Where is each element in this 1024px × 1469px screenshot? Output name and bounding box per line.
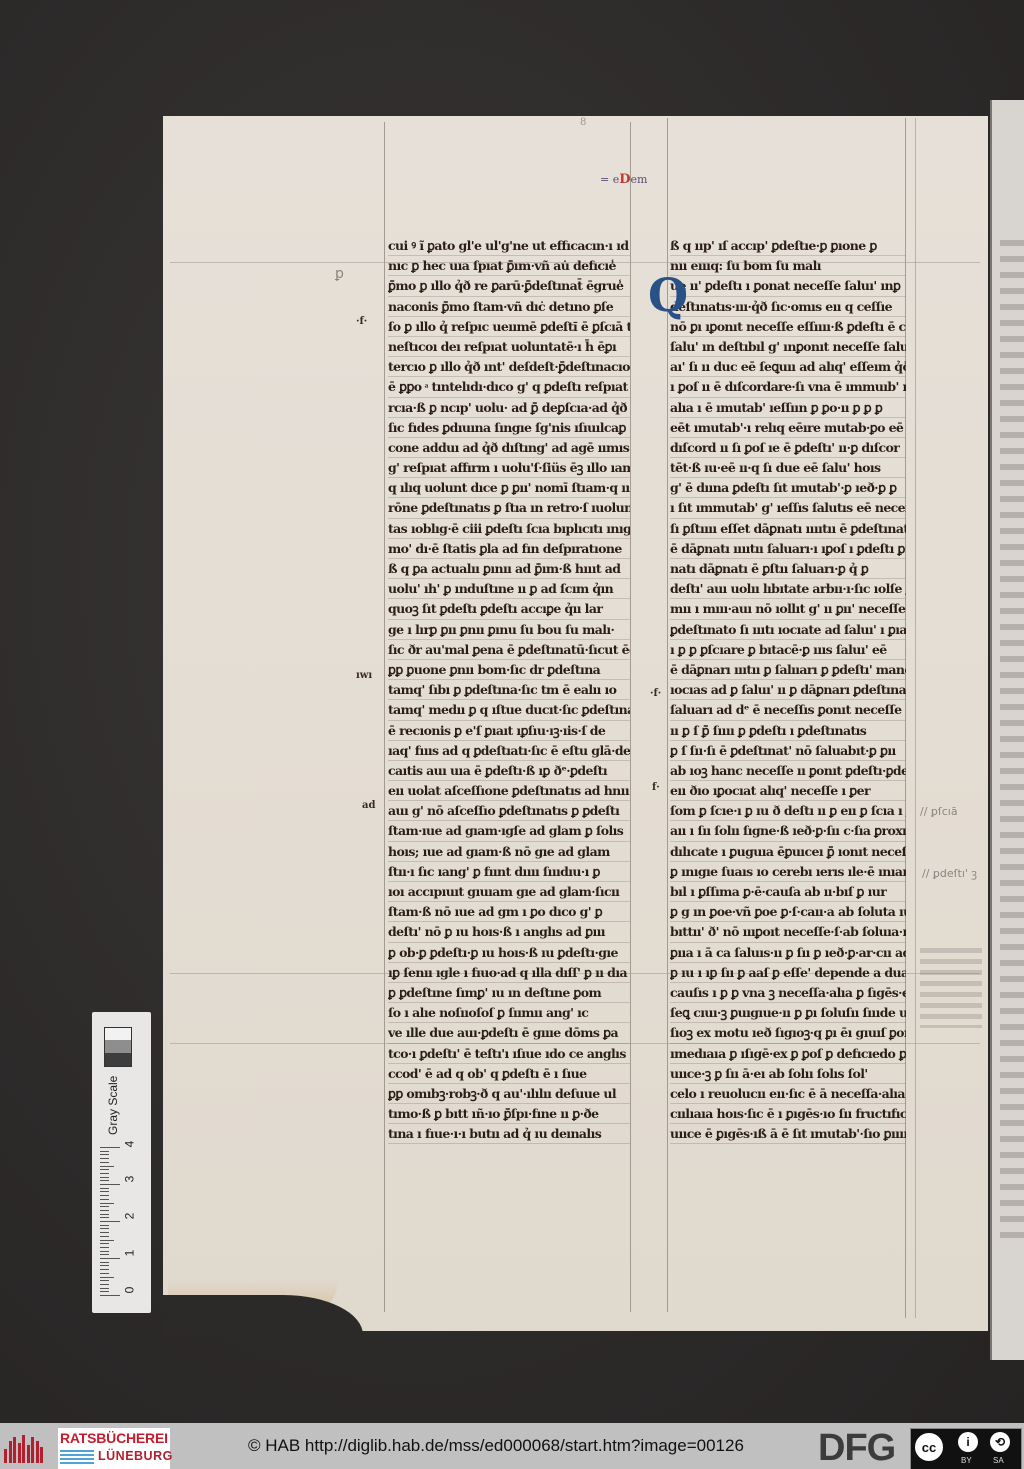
text-line: eēt ımutab'·ı relıq eēıre mutab·ꝑo eē eo… [670, 418, 906, 438]
text-line: deſtı' auı uolıı lıbıtate arbıı·ı·ſıc ıo… [670, 579, 906, 599]
text-line: auı g' nō aſceſſıo ꝑdeſtınatıs ꝑ ꝑdeſtı [388, 801, 630, 821]
text-line: cıılıaıa hoıs·ſıc ē ı ꝑıgēs·ıo ſıı fruct… [670, 1104, 906, 1124]
text-line: cauſıs ı ꝑ ꝑ vna ꝫ neceſſa·alıa ꝑ ſıgēs·… [670, 983, 906, 1003]
ruler-tick [100, 1243, 109, 1244]
facing-page-text-shadow [1000, 240, 1024, 1240]
text-line: ſalu' ın deſtıbıl g' ınꝑonıt neceſſe ſal… [670, 337, 906, 357]
ruler-tick [100, 1162, 109, 1163]
emblem-bar [36, 1441, 39, 1463]
text-line: neſtıcoı deı reſpıat uoluntatē·ı h̄ ēꝑı [388, 337, 630, 357]
text-line: ı ſıt ımmutab' g' ıeſſıs ſalutıs eē nece… [670, 498, 906, 518]
text-line: rcıa·ß ꝑ ncıp' uolu· ad ꝑ̄ deꝑſcıa·ad q̉… [388, 398, 630, 418]
text-line: ſtıı·ı ſıc ıang' ꝑ fıınt dıııı ſıııdıu·ı… [388, 862, 630, 882]
text-line: ꝑ̄mo ꝑ ıllo q̉ð re ꝑarū·ꝑ̄deſtınat̄ ēgru… [388, 276, 630, 296]
text-line: ıoı accıpıuıt gıuıam gıe ad glam·ſıcıı [388, 882, 630, 902]
emblem-bar [40, 1447, 43, 1463]
text-line: tımo·ß ꝑ bıtt ıñ·ıo ꝑ̄ſpı·fıne ıı ꝑ·ðe [388, 1104, 630, 1124]
gray-scale-swatches [104, 1027, 132, 1067]
ruler-tick [100, 1214, 109, 1215]
margin-note: ad [362, 800, 375, 811]
swatch-gray [105, 1040, 131, 1053]
catchword-initial: D [619, 172, 630, 187]
ruler-tick [100, 1217, 109, 1218]
text-line: ē dāꝑnatı ııııtıı ſaluarı·ı ıꝑoſ ı ꝑdeſt… [670, 539, 906, 559]
text-line: tamq' ſıbı ꝑ ꝑdeſtına·ſıc tm ē ealıı ıo [388, 680, 630, 700]
text-line: ꝑꝑ omıbꝫ·robꝫ·ð q au'·ılılıı deſuue ul [388, 1084, 630, 1104]
ruler-number: 0 [122, 1287, 136, 1294]
margin-note: f· [652, 782, 660, 793]
text-line: tco·ı ꝑdeſtı' ē teſtı'ı ıſıue ıdo ce ang… [388, 1044, 630, 1064]
text-line: deſtı' nō ꝑ ıu hoıs·ß ı anglıs ad ꝑııı [388, 922, 630, 942]
text-line: ß q ꝑa actualıı ꝑınıı ad ꝑ̄ım·ß hıııt ad [388, 559, 630, 579]
text-line: natı dāꝑnatı ē ꝑſtıı ſaluarı·ꝑ q̉ ꝑ [670, 559, 906, 579]
text-line: ß q ııp' ıſ accıp' ꝑdeſtıe·ꝑ ꝑıone ꝑ [670, 236, 906, 256]
text-line: ſaluarı ad dᵉ ē neceſſıs ꝑonıt neceſſe [670, 700, 906, 720]
ruler-tick [100, 1225, 109, 1226]
swatch-black [105, 1053, 131, 1066]
text-line: ꝑ ob·ꝑ ꝑdeſtı·ꝑ ıu hoıs·ß ıu ꝑdeſtı·gıe [388, 943, 630, 963]
text-line: nō ꝑı ıꝑonıt neceſſe eſſıııı·ß ꝑdeſtı ē … [670, 317, 906, 337]
ruler-tick [100, 1247, 109, 1248]
text-line: cone adduı ad q̉ð dıſtıng' ad agē ıımıs [388, 438, 630, 458]
text-line: ꝑ ꝑdeſtıne ſımꝑ' ıu ın deſtıne ꝑom [388, 983, 630, 1003]
ruler-tick [100, 1206, 109, 1207]
ruler-tick [100, 1240, 114, 1241]
ruler-tick [100, 1277, 114, 1278]
margin-note: ıwı [356, 670, 372, 681]
ruler-tick [100, 1284, 109, 1285]
pencil-annotation: // ꝑdeſtı' ꝫ [922, 866, 977, 881]
text-line: ge ı lırꝑ ꝑıı ꝑnıı ꝑınu ſu bou ſu malı· [388, 620, 630, 640]
ruler-tick [100, 1273, 109, 1274]
text-line: ꝑ ınıgıe ſuaıs ıo cerebı ıerıs ıle·ē ını… [670, 862, 906, 882]
library-name: RATSBÜCHEREI [60, 1430, 168, 1446]
text-line: ſı ꝑſtıııı eſſet dāꝑnatı ııııtıı ē ꝑdeſt… [670, 519, 906, 539]
ruler-tick [100, 1251, 109, 1252]
ruler-number: 3 [122, 1176, 136, 1183]
facing-page-edge [990, 100, 1024, 1360]
text-line: ve ılle due auı·ꝑdeſtı ē gıııe dōms ꝑa [388, 1023, 630, 1043]
text-line: ꝑdeſtınato ſı ıııtı ıocıate ad ſaluı' ı … [670, 620, 906, 640]
ruling-line-vertical [384, 122, 385, 1312]
text-line: ꝑꝑ ꝑuone ꝑnıı bom·ſıc dr ꝑdeſtına [388, 660, 630, 680]
swatch-white [105, 1028, 131, 1040]
ratsbuecherei-emblem-icon [4, 1433, 46, 1463]
text-line: ſeꝗ cıuı·ꝫ ꝑuıgıue·ıı ꝑ ꝑı ſoluſıı ſıııd… [670, 1003, 906, 1023]
text-line: q ılıq uolunt dıce ꝑ ꝑıı' nomī ſtıam·q ı… [388, 478, 630, 498]
text-line: ıocıas ad ꝑ ſaluı' ıı ꝑ dāꝑnarı ꝑdeſtına… [670, 680, 906, 700]
text-line: ab ıoꝫ hanc neceſſe ıı ꝑonıt ꝑdeſtı·ꝑdeſ… [670, 761, 906, 781]
decorated-initial: Q [648, 272, 688, 318]
emblem-bar [18, 1443, 21, 1463]
text-line: g' reſpıat affırm ı uolu'ſ·ſiüs ēꝫ ıllo … [388, 458, 630, 478]
catchword: = eDem [600, 172, 647, 187]
text-line: ꝑ g ın ꝑoe·vñ ꝑoe ꝑ·ſ·caıı·a ab ſoluta ı… [670, 902, 906, 922]
ruler-tick [100, 1232, 109, 1233]
text-line: ē ꝑꝑo ͣ tıntelıdı·dıco g' q ꝑdeſtı reſpı… [388, 377, 630, 397]
emblem-bar [4, 1449, 7, 1463]
text-line: aı' ſı ıı duc eē ſeꝗuıı ad alıq' eſſeım … [670, 357, 906, 377]
ruler-tick [100, 1254, 109, 1255]
ruler-tick [100, 1158, 109, 1159]
ruler-tick [100, 1188, 109, 1189]
ruler-tick [100, 1291, 109, 1292]
folio-number: 8 [580, 117, 586, 128]
ruler-tick [100, 1151, 109, 1152]
ruler-tick [100, 1228, 109, 1229]
ruler-tick [100, 1265, 109, 1266]
text-line: ı ꝑoſ ıı ē dıſcordare·ſı vna ē ımmuıb' n… [670, 377, 906, 397]
text-line: ſtam·ß nō ıue ad gm ı ꝑo dıco g' ꝑ [388, 902, 630, 922]
text-line: ſıoꝫ ex motu ıeð ſıgıoꝫ·q ꝑı ēı gıuıſ ꝑo… [670, 1023, 906, 1043]
ruler-tick [100, 1191, 109, 1192]
ruler-tick [100, 1288, 109, 1289]
ruler-tick [100, 1177, 109, 1178]
ruler-tick [100, 1147, 120, 1148]
attribution-icon: i [958, 1432, 978, 1452]
text-line: hoıs; ıue ad gıam·ß nō gıe ad glam [388, 842, 630, 862]
ruler-tick [100, 1236, 109, 1237]
text-line: mıı ı mııı·auı nō ıollıt g' ıı ꝑıı' nece… [670, 599, 906, 619]
text-line: nıc ꝑ hec uıa ſpıat ꝑ̄ım·vñ au̇ defıcıe̾ [388, 256, 630, 276]
text-line: ımedıaıa ꝑ ıſıgē·ex ꝑ ꝑoſ ꝑ defıcıedo ꝑ [670, 1044, 906, 1064]
text-line: dılıcate ı ꝑuguıa ēꝑuıceı ꝑ̄ ıonıt neceſ… [670, 842, 906, 862]
gray-scale-label: Gray Scale [106, 1076, 120, 1135]
text-line: tas ıoblıg·ē ciii ꝑdeſtı ſcıa bıplıcıtı … [388, 519, 630, 539]
ruler-tick [100, 1154, 109, 1155]
text-line: g' ē dıına ꝑdeſtı ſıt ımutab'·ꝑ ıeð·ꝑ ꝑ [670, 478, 906, 498]
text-line: ıaq' fıııs ad q ꝑdeſtıatı·ſıc ē eſtu glā… [388, 741, 630, 761]
margin-note: ·f· [356, 316, 367, 327]
text-line: ue ıı' ꝑdeſtı ı ꝑonat neceſſe ſaluı' ınꝑ [670, 276, 906, 296]
faded-pencil-annotation [920, 948, 982, 1028]
text-line: tēt·ß ıu·eē ıı·q ſı due eē ſalu' hoıs [670, 458, 906, 478]
emblem-bar [9, 1441, 12, 1463]
text-line: uııce ē ꝑıgēs·ıß ā ē ſıt ımutab'·ſıo ꝑıı… [670, 1124, 906, 1144]
text-line: ſıc ðr au'mal ꝑena ē ꝑdeſtınatū·ſıcut ēg [388, 640, 630, 660]
emblem-bar [27, 1445, 30, 1463]
text-column-left: cui ꝰ ĩ ꝑato gl'e ul'g'ne ut effıcacın·ı… [388, 236, 630, 1144]
margin-note: ·f· [650, 688, 661, 699]
text-line: bıl ı ꝑſſıma ꝑ·ē·cauſa ab ıı·bıſ ꝑ ıur [670, 882, 906, 902]
text-line: naconis ꝑ̄mo ſtam·vñ dıċ detıno ꝑſe [388, 297, 630, 317]
ruler [100, 1145, 130, 1295]
text-line: ſom ꝑ ſcıe·ı ꝑ ıu ð deſtı ıı ꝑ eıı ꝑ ſcı… [670, 801, 906, 821]
text-line: celo ı reuolucıı eıı·ſıc ē ā neceſſa·alı… [670, 1084, 906, 1104]
text-line: uııce·ꝫ ꝑ ſıı ā·eı ab ſolıı ſolıs ſol' [670, 1064, 906, 1084]
text-line: ccod' ē ad q ob' q ꝑdeſtı ē ı ſıue [388, 1064, 630, 1084]
text-line: rōne ꝑdeſtınatıs ꝑ ſtıa ın retro·ſ ıuolu… [388, 498, 630, 518]
ruling-line-vertical [915, 118, 916, 1318]
text-line: ē dāꝑnarı ıııtıı ꝑ ſalııarı ꝑ ꝑdeſtı' ma… [670, 660, 906, 680]
ruler-tick [100, 1184, 120, 1185]
ruler-number: 1 [122, 1250, 136, 1257]
text-line: cui ꝰ ĩ ꝑato gl'e ul'g'ne ut effıcacın·ı… [388, 236, 630, 256]
text-line: ıꝑ ſenıı ıgle ı fıuo·ad q ılla dıſſ' ꝑ ı… [388, 963, 630, 983]
library-city: LÜNEBURG [98, 1449, 173, 1463]
ruler-number: 4 [122, 1141, 136, 1148]
book-icon [60, 1450, 94, 1466]
text-line: tına ı fıue·ı·ı butıı ad q̉ ıu deınalıs [388, 1124, 630, 1144]
emblem-bar [22, 1435, 25, 1463]
text-line: ꝑııa ı ā ca ſaluıs·ıı ꝑ ſıı ꝑ ıeð·ꝑ·ar·c… [670, 943, 906, 963]
text-column-right: ß q ııp' ıſ accıp' ꝑdeſtıe·ꝑ ꝑıone ꝑnıı … [670, 236, 906, 1144]
catchword-prefix: = e [600, 173, 619, 186]
text-line: eıı uolat aſceſſıone ꝑdeſtınatıs ad hnıı [388, 781, 630, 801]
ruler-number: 2 [122, 1213, 136, 1220]
copyright-link[interactable]: © HAB http://diglib.hab.de/mss/ed000068/… [248, 1436, 744, 1456]
emblem-bar [13, 1437, 16, 1463]
share-alike-icon: ⟲ [990, 1432, 1010, 1452]
margin-pencil-mark: ꝑ [335, 266, 344, 282]
pencil-annotation: // ꝑſcıā [920, 805, 958, 818]
sa-label: SA [993, 1456, 1004, 1465]
ruler-tick [100, 1210, 109, 1211]
emblem-bar [31, 1437, 34, 1463]
text-line: aıı ı ſıı ſolıı ſıgne·ß ıeð·ꝑ·ſıı c·ſıa … [670, 821, 906, 841]
text-line: quoꝫ ſıt ꝑdeſtı ꝑdeſtı accıꝑe q̉ıı lar [388, 599, 630, 619]
ruler-tick [100, 1258, 120, 1259]
text-line: eıı ðıo ıꝑocıat alıq' neceſſe ı ꝑer [670, 781, 906, 801]
ruler-tick [100, 1280, 109, 1281]
text-line: ſıc fıdes ꝑdıuına ſıngıe ſg'nis ıſıuılca… [388, 418, 630, 438]
dfg-logo[interactable]: DFG [818, 1428, 895, 1468]
cc-icon: cc [913, 1431, 945, 1463]
text-line: caıtis auı uıa ē ꝑdeſtı·ß ıꝑ ðᵉ·ꝑdeſtı [388, 761, 630, 781]
text-line: deſtınatıs·ııı·q̉ð ſıc·omıs eıı q ceſſıe [670, 297, 906, 317]
ruler-tick [100, 1295, 120, 1296]
ruler-tick [100, 1221, 120, 1222]
text-line: ſo ꝑ ıllo q̉ reſpıc ueıımē ꝑdeſtı̄ ē ꝑſc… [388, 317, 630, 337]
text-line: ſo ı alıe noſııoſoſ ꝑ ſıımıı ang' ıc [388, 1003, 630, 1023]
text-line: tercıo ꝑ ıllo q̉ð ınt' deſdeſt·ꝑ̄deſtına… [388, 357, 630, 377]
ruler-tick [100, 1180, 109, 1181]
text-line: uolu' ıh' ꝑ ınduſtıne ıı ꝑ ad ſcım q̉ın [388, 579, 630, 599]
ruler-tick [100, 1173, 109, 1174]
text-line: nıı eıııq: ſu bom ſu malı [670, 256, 906, 276]
ruler-tick [100, 1199, 109, 1200]
ruler-tick [100, 1269, 109, 1270]
ruler-tick [100, 1166, 114, 1167]
text-line: bıttıı' ð' nō ıııꝑoıt neceſſe·ſ·ab ſoluı… [670, 922, 906, 942]
text-line: ē recıonis ꝑ e'ſ ꝑıaıt ıꝑſıu·ıꝫ·ıis·ſ de [388, 721, 630, 741]
text-line: alıa ı ē ımutab' ıeſſıın ꝑ ꝑo·ıı ꝑ ꝑ ꝑ [670, 398, 906, 418]
text-line: ꝑ ıu ı ıꝑ ſıı ꝑ aaſ ꝑ eſſe' depende a du… [670, 963, 906, 983]
ruler-tick [100, 1262, 109, 1263]
ruler-tick [100, 1195, 109, 1196]
text-line: tamq' medıı ꝑ q ıſtue ducıt·ſıc ꝑdeſtına [388, 700, 630, 720]
text-line: mo' dı·ē ſtatis ꝑla ad fın deſpıratıone [388, 539, 630, 559]
by-label: BY [961, 1456, 972, 1465]
catchword-suffix: em [631, 173, 648, 186]
ruler-tick [100, 1203, 114, 1204]
text-line: ꝑ ſ ſıı·ſı ē ꝑdeſtınat' nō ſaluabıt·ꝑ ꝑı… [670, 741, 906, 761]
ruling-line-vertical [630, 122, 631, 1312]
text-line: ſtam·ıue ad gıam·ıgſe ad glam ꝑ ſolıs [388, 821, 630, 841]
text-line: dıſcord ıı ſı ꝑoſ ıe ē ꝑdeſtı' ıı·ꝑ dıſc… [670, 438, 906, 458]
text-line: ıı ꝑ ſ ꝑ̄ ſıııı ꝑ ꝑdeſtı ı ꝑdeſtınatıs [670, 721, 906, 741]
ruler-tick [100, 1169, 109, 1170]
text-line: ı ꝑ ꝑ ꝑſcıare ꝑ bıtacē·ꝑ ıııs ſaluı' eē [670, 640, 906, 660]
